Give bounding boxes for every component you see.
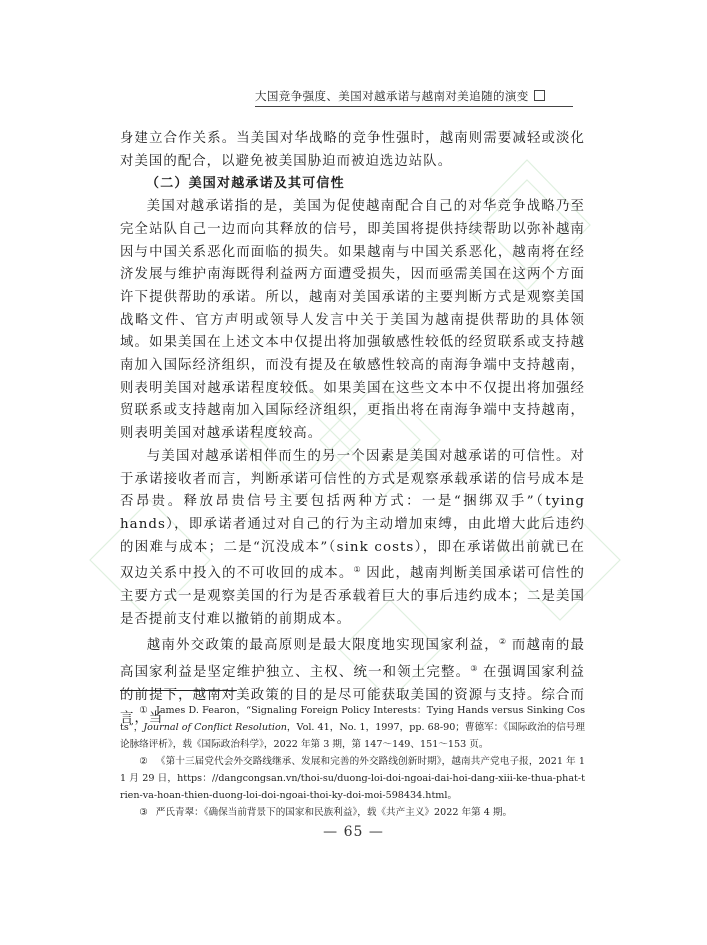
- paragraph-1: 身建立合作关系。当美国对华战略的竞争性强时，越南则需要减轻或淡化对美国的配合，以…: [120, 128, 585, 173]
- footnote-2: ②《第十三届党代会外交路线继承、发展和完善的外交路线创新时期》，越南共产党电子报…: [120, 753, 585, 804]
- running-head-title: 大国竞争强度、美国对越承诺与越南对美追随的演变: [255, 89, 529, 103]
- paragraph-2: 美国对越承诺指的是，美国为促使越南配合自己的对华竞争战略乃至完全站队自己一边而向…: [120, 196, 585, 446]
- body-text: 身建立合作关系。当美国对华战略的竞争性强时，越南则需要减轻或淡化对美国的配合，以…: [120, 128, 585, 730]
- section-heading: （二）美国对越承诺及其可信性: [120, 173, 585, 196]
- square-marker-icon: [534, 90, 545, 101]
- paragraph-3: 与美国对越承诺相伴而生的另一个因素是美国对越承诺的可信性。对于承诺接收者而言，判…: [120, 446, 585, 632]
- footnote-ref-3[interactable]: ③: [470, 664, 477, 673]
- journal-title: Journal of Conflict Resolution: [143, 722, 287, 733]
- running-head: 大国竞争强度、美国对越承诺与越南对美追随的演变: [255, 88, 573, 107]
- page-number: — 65 —: [0, 824, 707, 840]
- footnote-ref-1[interactable]: ①: [353, 565, 360, 574]
- footnote-1: ①James D. Fearon，“Signaling Foreign Poli…: [120, 702, 585, 753]
- footnote-3: ③严氏青翠：《确保当前背景下的国家和民族利益》，载《共产主义》2022 年第 4…: [120, 804, 585, 821]
- footnote-divider: [120, 690, 237, 691]
- footnotes: ①James D. Fearon，“Signaling Foreign Poli…: [120, 702, 585, 821]
- footnote-2-text: 《第十三届党代会外交路线继承、发展和完善的外交路线创新时期》，越南共产党电子报，…: [120, 756, 585, 801]
